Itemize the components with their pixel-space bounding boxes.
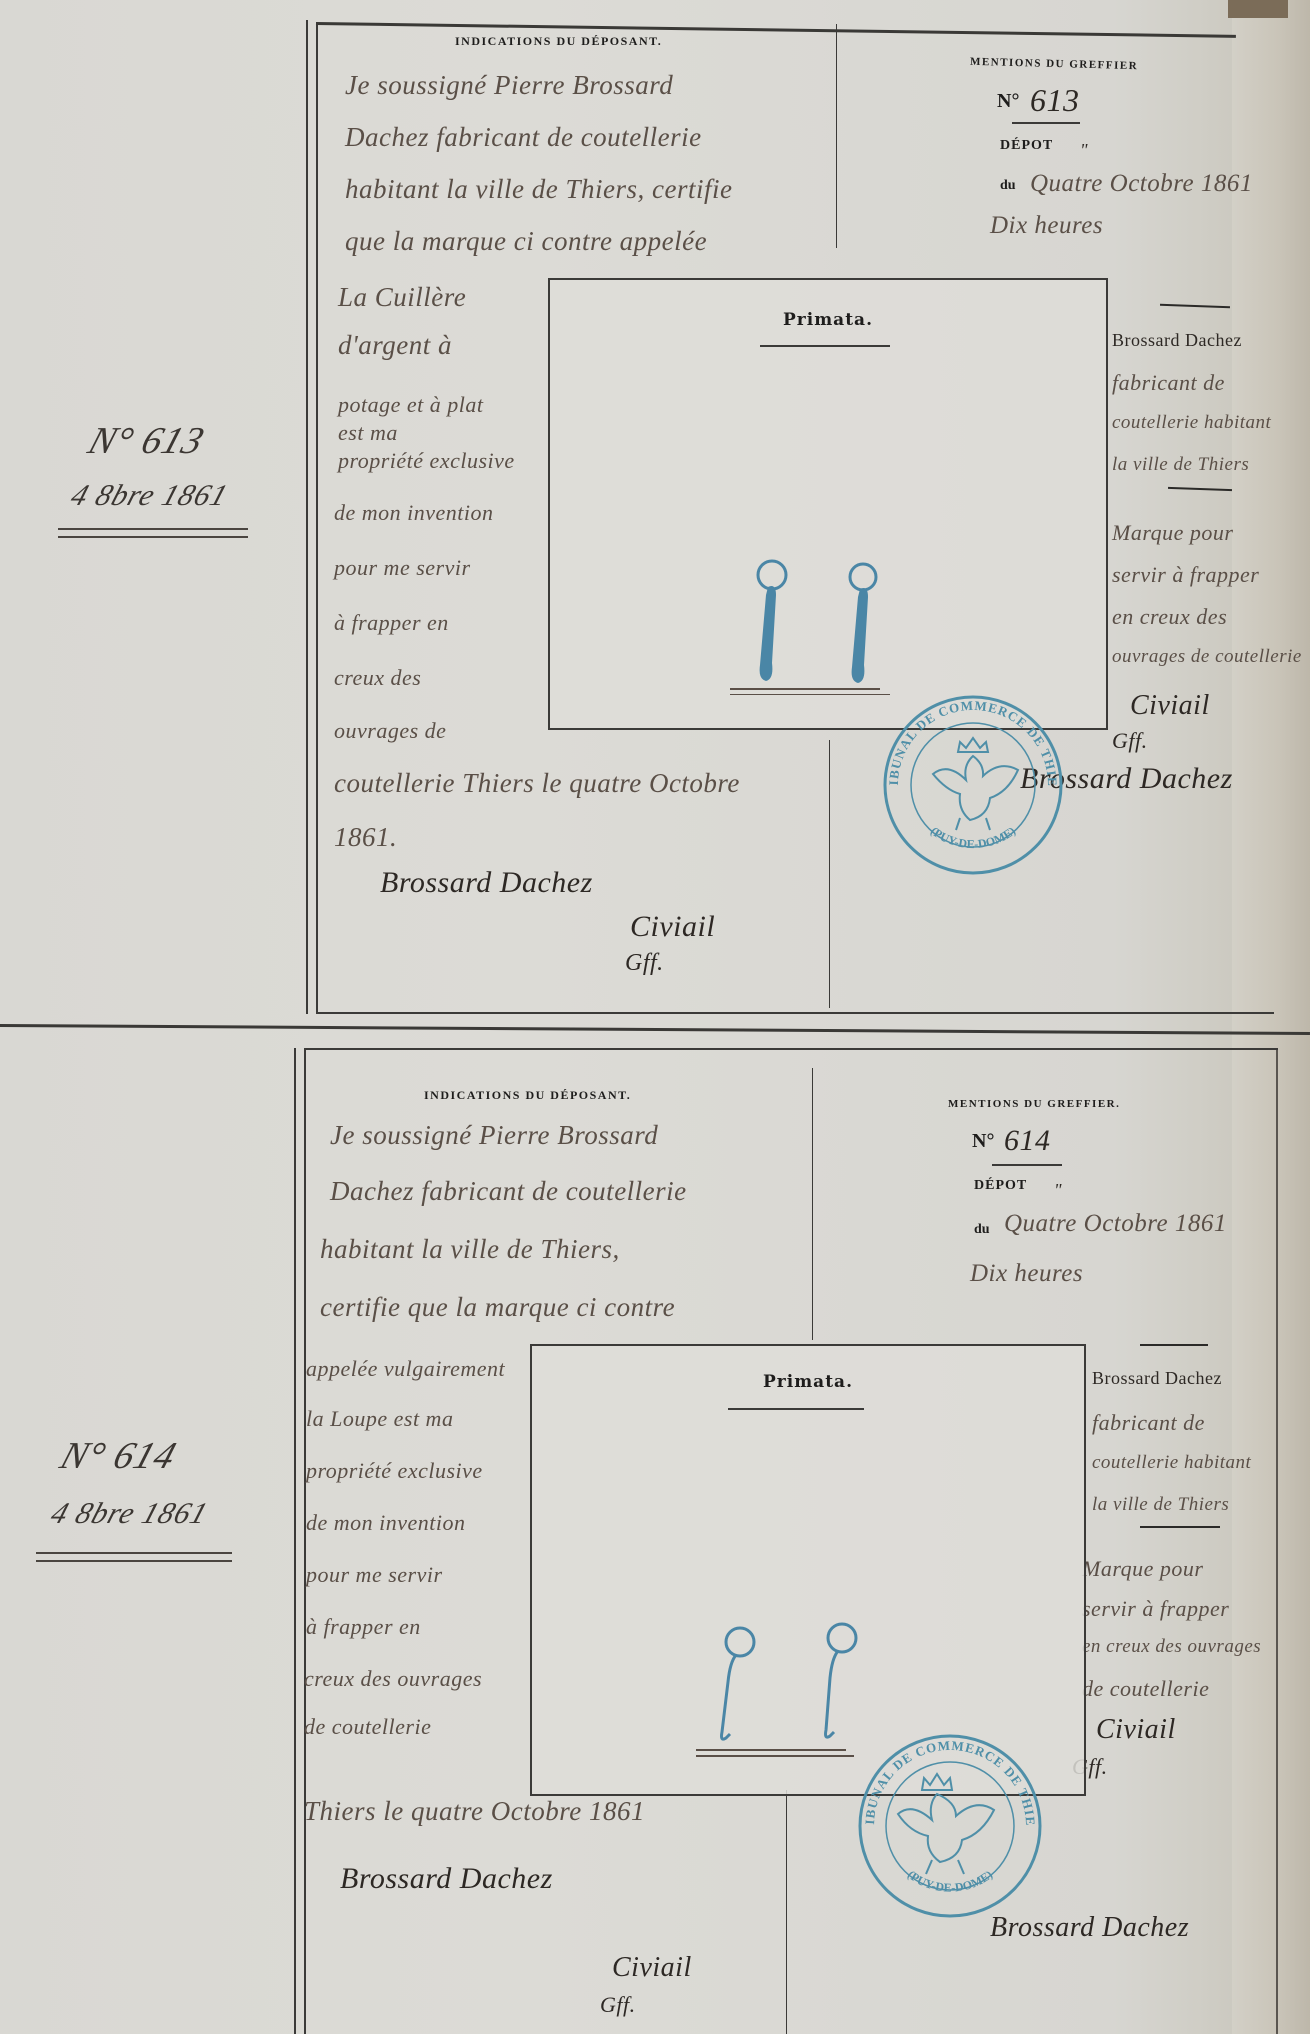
record-number: 613 — [1030, 82, 1080, 119]
greffier-signature-title: Gff. — [1112, 728, 1148, 754]
depot-date: Quatre Octobre 1861 — [1030, 170, 1253, 198]
depot-value: " — [1080, 140, 1088, 161]
number-label: N° — [997, 90, 1019, 113]
declaration-line: coutellerie Thiers le quatre Octobre — [334, 768, 740, 799]
declaration-line: certifie que la marque ci contre — [320, 1292, 675, 1323]
declaration-line: à frapper en — [306, 1614, 421, 1640]
spoon-mark-icon — [730, 555, 930, 695]
record-number: 614 — [1004, 1124, 1051, 1158]
margin-date-614: 4 8bre 1861 — [44, 1488, 216, 1540]
declaration-line: Je soussigné Pierre Brossard — [345, 70, 673, 101]
number-label: N° — [972, 1130, 994, 1153]
record-614-column-divider-lower — [786, 1790, 787, 2034]
declaration-line: est ma — [338, 420, 398, 446]
purpose-line: en creux des — [1112, 604, 1227, 630]
purpose-line: Marque pour — [1082, 1556, 1203, 1582]
number-underline — [992, 1164, 1062, 1166]
depositor-line: la ville de Thiers — [1112, 454, 1249, 476]
depositor-line: la ville de Thiers — [1092, 1494, 1229, 1516]
title-underline — [728, 1408, 864, 1410]
number-underline — [1012, 122, 1080, 124]
record-614-right-border — [1276, 1050, 1278, 2034]
declaration-line: habitant la ville de Thiers, — [320, 1234, 620, 1265]
depositor-line: coutellerie habitant — [1092, 1452, 1251, 1474]
depositor-line: fabricant de — [1092, 1410, 1205, 1436]
declaration-line: 1861. — [334, 822, 397, 853]
declaration-line: potage et à plat — [338, 392, 483, 418]
purpose-line: servir à frapper — [1082, 1596, 1229, 1622]
section-rule — [1140, 1344, 1208, 1346]
declaration-line: La Cuillère — [338, 282, 466, 313]
register-page: N° 613 4 8bre 1861 Indications du déposa… — [0, 0, 1310, 2034]
svg-text:TRIBUNAL DE COMMERCE DE THIERS: TRIBUNAL DE COMMERCE DE THIERS — [852, 1728, 1038, 1827]
declaration-line: Thiers le quatre Octobre 1861 — [304, 1796, 645, 1827]
signature-greffier-title: Gff. — [625, 950, 664, 977]
tribunal-stamp-icon: TRIBUNAL DE COMMERCE DE THIERS (PUY-DE-D… — [852, 1728, 1048, 1924]
depositor-line: Brossard Dachez — [1112, 330, 1242, 351]
record-613-column-divider — [836, 24, 837, 248]
svg-text:(PUY-DE-DOME): (PUY-DE-DOME) — [928, 824, 1018, 851]
greffier-signature: Civiail — [1096, 1714, 1176, 1746]
margin-double-rule — [58, 528, 248, 538]
declaration-line: d'argent à — [338, 330, 452, 361]
declaration-line: de coutellerie — [304, 1714, 431, 1740]
record-613-column-divider-lower — [829, 740, 830, 1008]
margin-number-614: N° 614 — [54, 1430, 184, 1482]
signature-greffier: Civiail — [612, 1952, 692, 1984]
signature-deposant: Brossard Dachez — [340, 1862, 553, 1896]
margin-number-613: N° 613 — [82, 415, 212, 467]
declaration-line: que la marque ci contre appelée — [345, 226, 707, 257]
declaration-line: de mon invention — [334, 500, 494, 526]
svg-text:(PUY-DE-DOME): (PUY-DE-DOME) — [905, 1867, 995, 1894]
depot-date: Quatre Octobre 1861 — [1004, 1210, 1227, 1238]
declaration-line: la Loupe est ma — [306, 1406, 453, 1432]
declaration-line: propriété exclusive — [338, 448, 515, 474]
declaration-line: ouvrages de — [334, 718, 446, 744]
header-indications-deposant: Indications du déposant. — [455, 34, 662, 49]
depot-time: Dix heures — [970, 1260, 1083, 1288]
book-edge — [1228, 0, 1288, 18]
section-rule — [1140, 1526, 1220, 1528]
purpose-line: Marque pour — [1112, 520, 1233, 546]
declaration-line: appelée vulgairement — [306, 1356, 505, 1382]
header-mentions-greffier: Mentions du greffier. — [948, 1098, 1120, 1110]
depot-label: DÉPOT — [1000, 138, 1053, 154]
signature-deposant: Brossard Dachez — [380, 866, 593, 900]
title-underline — [760, 345, 890, 347]
declaration-line: pour me servir — [306, 1562, 443, 1588]
depositor-line: fabricant de — [1112, 370, 1225, 396]
declaration-line: de mon invention — [306, 1510, 466, 1536]
margin-date-613: 4 8bre 1861 — [64, 470, 236, 522]
mark-box-title: Primata. — [532, 1372, 1084, 1392]
depositor-line: Brossard Dachez — [1092, 1368, 1222, 1389]
purpose-line: en creux des ouvrages — [1082, 1636, 1261, 1658]
declaration-line: à frapper en — [334, 610, 449, 636]
purpose-line: servir à frapper — [1112, 562, 1259, 588]
svg-text:TRIBUNAL DE COMMERCE DE THIERS: TRIBUNAL DE COMMERCE DE THIERS — [878, 690, 1060, 787]
declaration-line: creux des — [334, 665, 421, 691]
declaration-line: pour me servir — [334, 555, 471, 581]
declaration-line: habitant la ville de Thiers, certifie — [345, 174, 732, 205]
declaration-line: creux des ouvrages — [304, 1666, 482, 1692]
header-indications-deposant: Indications du déposant. — [424, 1088, 631, 1103]
declaration-line: Dachez fabricant de coutellerie — [345, 122, 702, 153]
depositor-line: coutellerie habitant — [1112, 412, 1271, 434]
record-separator — [0, 1024, 1310, 1035]
mark-box-title: Primata. — [550, 310, 1106, 330]
tribunal-stamp-icon: TRIBUNAL DE COMMERCE DE THIERS (PUY-DE-D… — [878, 690, 1068, 880]
purpose-line: ouvrages de coutellerie — [1112, 646, 1302, 668]
signature-greffier: Civiail — [630, 910, 715, 944]
purpose-line: de coutellerie — [1082, 1676, 1209, 1702]
mark-box-613: Primata. — [548, 278, 1108, 730]
du-label: du — [974, 1222, 990, 1238]
declaration-line: propriété exclusive — [306, 1458, 483, 1484]
depot-time: Dix heures — [990, 212, 1103, 240]
declaration-line: Je soussigné Pierre Brossard — [330, 1120, 658, 1151]
record-614-column-divider — [812, 1068, 813, 1340]
declaration-line: Dachez fabricant de coutellerie — [330, 1176, 687, 1207]
depot-label: DÉPOT — [974, 1178, 1027, 1194]
margin-double-rule — [36, 1552, 232, 1562]
greffier-signature: Civiail — [1130, 690, 1210, 722]
signature-greffier-title: Gff. — [600, 1992, 636, 2018]
du-label: du — [1000, 178, 1016, 194]
depot-value: " — [1054, 1180, 1062, 1201]
